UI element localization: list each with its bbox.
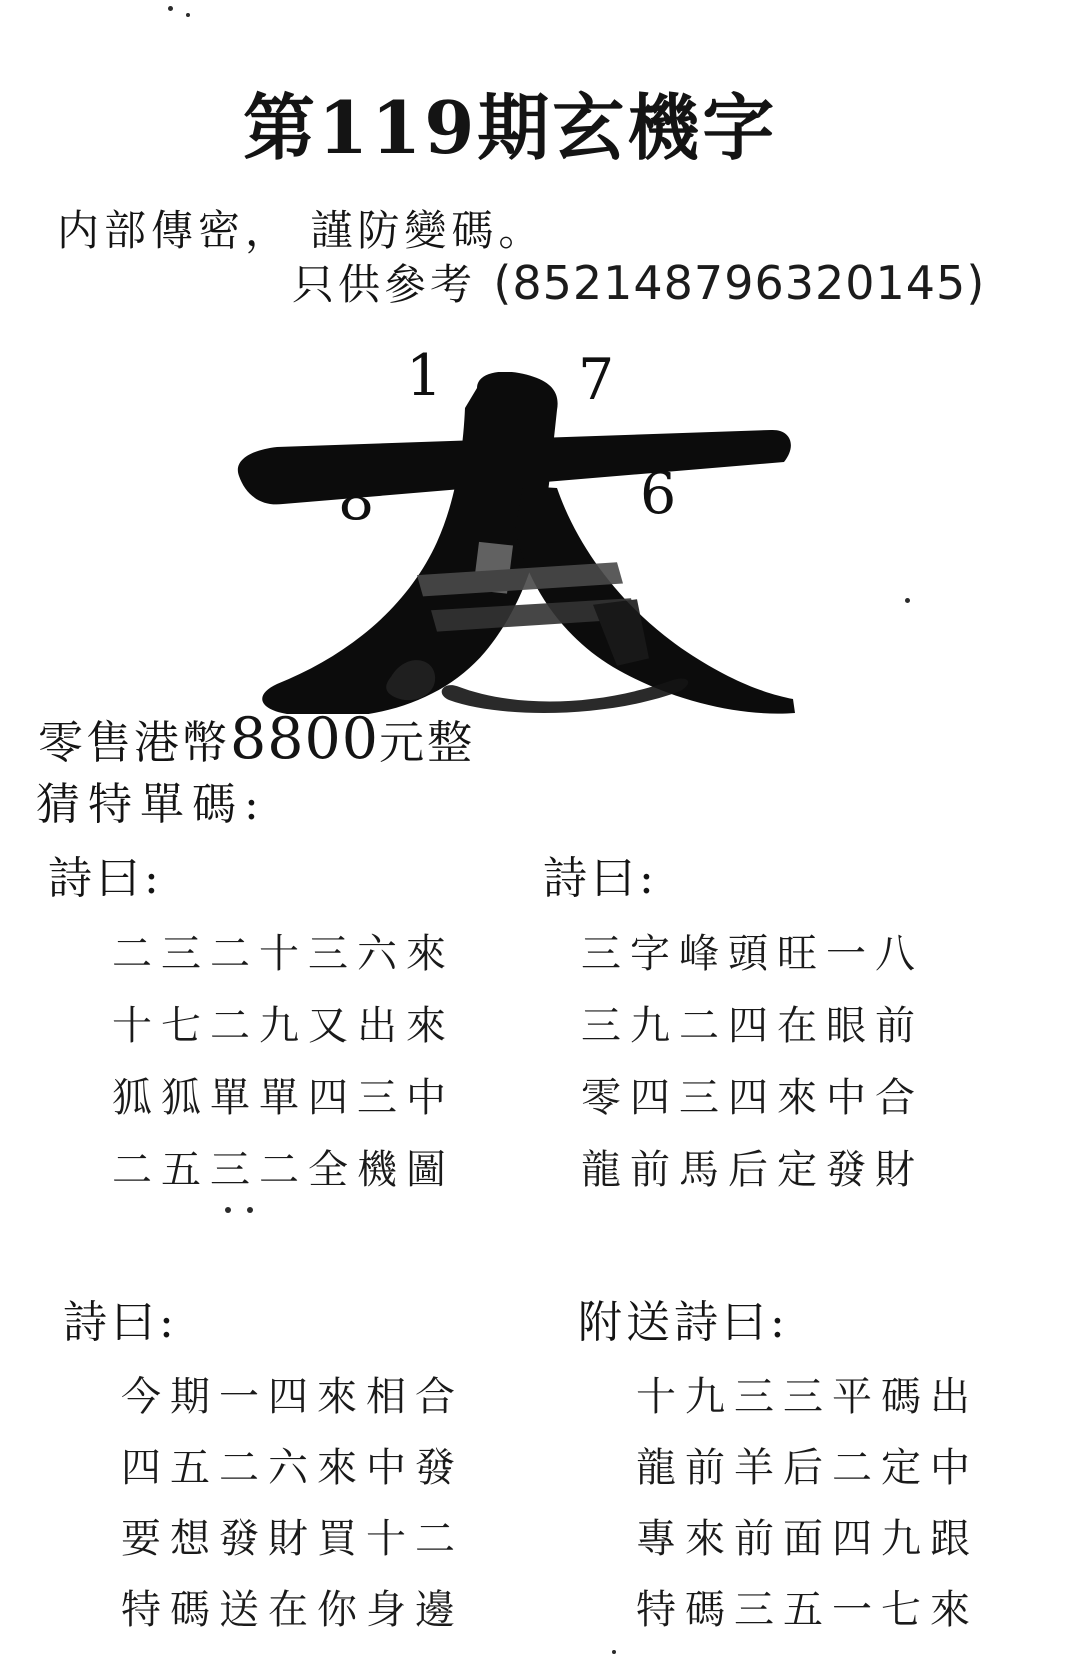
notice-line: 内部傳密， 謹防變碼。 bbox=[57, 198, 545, 258]
price-line: 零售港幣8800元整 bbox=[38, 706, 475, 772]
poem-line: 十九三三平碼出 bbox=[636, 1362, 979, 1433]
page-title: 第119期玄機字 bbox=[243, 70, 777, 174]
price-suffix: 元整 bbox=[379, 716, 475, 769]
poem-line: 零四三四來中合 bbox=[581, 1062, 924, 1134]
scan-speck bbox=[225, 1207, 231, 1213]
poem-3-header: 詩曰: bbox=[63, 1286, 464, 1350]
poem-line: 今期一四來相合 bbox=[121, 1362, 464, 1433]
scan-speck bbox=[905, 598, 910, 603]
reference-label: 只供參考 bbox=[292, 260, 476, 309]
scan-speck bbox=[612, 1650, 616, 1654]
price-prefix: 零售港幣 bbox=[38, 716, 230, 769]
poem-line: 龍前羊后二定中 bbox=[636, 1433, 979, 1504]
price-amount: 8800 bbox=[230, 706, 379, 772]
poem-line: 特碼送在你身邊 bbox=[121, 1575, 464, 1646]
poem-line: 專來前面四九跟 bbox=[636, 1504, 979, 1575]
poem-2-header: 詩曰: bbox=[543, 842, 924, 906]
poem-line: 二三二十三六來 bbox=[112, 918, 455, 990]
poem-block-1: 詩曰: 二三二十三六來 十七二九又出來 狐狐單單四三中 二五三二全機圖 bbox=[48, 842, 455, 1206]
scan-speck bbox=[168, 6, 173, 11]
guess-special-label: 猜特單碼: bbox=[36, 768, 267, 832]
poem-block-4: 附送詩曰: 十九三三平碼出 龍前羊后二定中 專來前面四九跟 特碼三五一七來 bbox=[578, 1286, 979, 1646]
poem-line: 三字峰頭旺一八 bbox=[581, 918, 924, 990]
poem-1-header: 詩曰: bbox=[48, 842, 455, 906]
poem-line: 狐狐單單四三中 bbox=[112, 1062, 455, 1134]
poem-4-header: 附送詩曰: bbox=[578, 1286, 979, 1350]
scan-speck bbox=[247, 1207, 253, 1213]
scan-speck bbox=[186, 13, 190, 17]
poem-line: 要想發財買十二 bbox=[121, 1504, 464, 1575]
poem-block-3: 詩曰: 今期一四來相合 四五二六來中發 要想發財買十二 特碼送在你身邊 bbox=[63, 1286, 464, 1646]
poem-line: 四五二六來中發 bbox=[121, 1433, 464, 1504]
scanned-tip-sheet: 第119期玄機字 内部傳密， 謹防變碼。 只供參考 (8521487963201… bbox=[0, 0, 1080, 1662]
poem-line: 龍前馬后定發財 bbox=[581, 1134, 924, 1206]
poem-block-2: 詩曰: 三字峰頭旺一八 三九二四在眼前 零四三四來中合 龍前馬后定發財 bbox=[543, 842, 924, 1206]
reference-line: 只供參考 (852148796320145) bbox=[292, 252, 985, 312]
poem-line: 三九二四在眼前 bbox=[581, 990, 924, 1062]
poem-line: 十七二九又出來 bbox=[112, 990, 455, 1062]
hidden-character-glyph bbox=[375, 540, 700, 725]
reference-number: (852148796320145) bbox=[493, 256, 985, 310]
poem-line: 特碼三五一七來 bbox=[636, 1575, 979, 1646]
poem-line: 二五三二全機圖 bbox=[112, 1134, 455, 1206]
